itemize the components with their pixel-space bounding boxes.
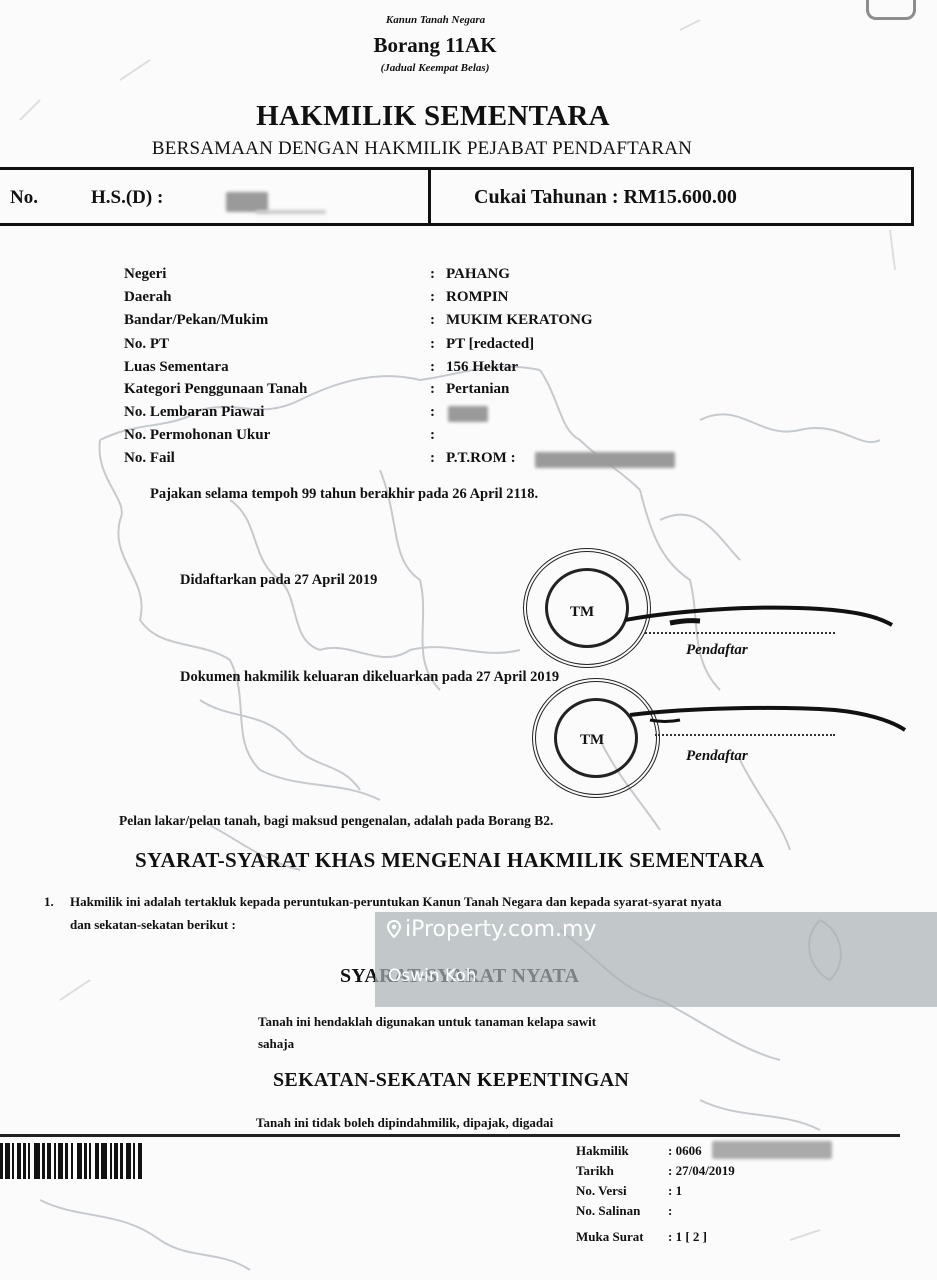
hs-value-redacted [226, 192, 268, 212]
field-label: No. Fail [124, 450, 175, 467]
condition-line-1: Hakmilik ini adalah tertakluk kepada per… [70, 894, 722, 910]
field-colon: : [430, 450, 435, 467]
express-condition-line-2: sahaja [258, 1036, 294, 1052]
watermark-brand: iProperty.com.my [387, 917, 597, 942]
footer-divider [0, 1134, 900, 1137]
special-conditions-title: SYARAT-SYARAT KHAS MENGENAI HAKMILIK SEM… [135, 848, 765, 873]
meta-label: Hakmilik [576, 1143, 629, 1159]
corner-overlay-button[interactable] [866, 0, 916, 20]
condition-number: 1. [44, 894, 54, 910]
meta-label: No. Versi [576, 1183, 627, 1199]
box-divider [428, 170, 431, 223]
field-colon: : [430, 312, 435, 329]
field-value: PAHANG [446, 266, 510, 283]
meta-value: : 1 [ 2 ] [668, 1229, 707, 1245]
form-subtitle: (Jadual Keempat Belas) [360, 62, 510, 74]
registrar-label-1: Pendaftar [686, 642, 748, 659]
field-colon: : [430, 336, 435, 353]
field-colon: : [430, 266, 435, 283]
signature-line-1 [645, 632, 835, 634]
restriction-line-1: Tanah ini tidak boleh dipindahmilik, dip… [256, 1115, 553, 1131]
field-label: Kategori Penggunaan Tanah [124, 381, 307, 398]
field-label: No. PT [124, 336, 169, 353]
issued-date: Dokumen hakmilik keluaran dikeluarkan pa… [180, 669, 559, 686]
condition-line-2: dan sekatan-sekatan berikut : [70, 917, 236, 933]
field-label: Daerah [124, 289, 172, 306]
restrictions-title: SEKATAN-SEKATAN KEPENTINGAN [273, 1069, 629, 1092]
form-number: Borang 11AK [360, 33, 510, 58]
field-value-redacted [448, 406, 488, 422]
field-colon: : [430, 381, 435, 398]
meta-value: : 0606 [668, 1143, 702, 1159]
act-name: Kanun Tanah Negara [368, 14, 503, 26]
no-label: No. [10, 187, 38, 209]
document-title: HAKMILIK SEMENTARA [248, 100, 618, 133]
field-colon: : [430, 289, 435, 306]
registered-date: Didaftarkan pada 27 April 2019 [180, 572, 377, 589]
field-colon: : [430, 404, 435, 421]
field-value: ROMPIN [446, 289, 509, 306]
field-label: No. Permohonan Ukur [124, 427, 270, 444]
registrar-label-2: Pendaftar [686, 748, 748, 765]
land-title-document: Kanun Tanah Negara Borang 11AK (Jadual K… [0, 0, 937, 1280]
meta-value: : [668, 1203, 672, 1219]
document-subtitle: BERSAMAAN DENGAN HAKMILIK PEJABAT PENDAF… [92, 138, 752, 160]
title-number-box: No. H.S.(D) : Cukai Tahunan : RM15.600.0… [0, 167, 914, 226]
field-colon: : [430, 359, 435, 376]
field-value: 156 Hektar [446, 359, 518, 376]
field-label: Negeri [124, 266, 166, 283]
plan-note: Pelan lakar/pelan tanah, bagi maksud pen… [119, 813, 553, 829]
field-value: MUKIM KERATONG [446, 312, 593, 329]
seal-initials: TM [570, 604, 594, 621]
field-value: P.T.ROM : [446, 450, 516, 467]
brand-text: iProperty.com.my [405, 917, 597, 942]
meta-label: Muka Surat [576, 1229, 644, 1245]
meta-value: : 1 [668, 1183, 682, 1199]
express-condition-line-1: Tanah ini hendaklah digunakan untuk tana… [258, 1014, 596, 1030]
meta-label: Tarikh [576, 1163, 614, 1179]
field-label: Bandar/Pekan/Mukim [124, 312, 268, 329]
tax-label: Cukai Tahunan : [474, 186, 619, 208]
field-value: PT [redacted] [446, 336, 534, 353]
field-value: Pertanian [446, 381, 509, 398]
meta-label: No. Salinan [576, 1203, 640, 1219]
listing-watermark: iProperty.com.my Oswin Koh [375, 912, 937, 1007]
barcode [0, 1143, 218, 1179]
title-number-redacted [712, 1141, 832, 1159]
field-label: Luas Sementara [124, 359, 229, 376]
registrar-signature-1 [620, 595, 900, 635]
annual-tax: Cukai Tahunan : RM15.600.00 [474, 186, 737, 209]
signature-line-2 [655, 734, 835, 736]
file-number-redacted [535, 452, 675, 468]
redaction-smudge [256, 210, 326, 214]
seal-initials: TM [580, 732, 604, 749]
tax-value: RM15.600.00 [624, 186, 737, 208]
field-label: No. Lembaran Piawai [124, 404, 264, 421]
meta-value: : 27/04/2019 [668, 1163, 735, 1179]
hs-label: H.S.(D) : [91, 187, 163, 209]
location-pin-icon [387, 920, 401, 938]
field-colon: : [430, 427, 435, 444]
agent-name: Oswin Koh [388, 966, 477, 986]
lease-statement: Pajakan selama tempoh 99 tahun berakhir … [150, 486, 538, 503]
